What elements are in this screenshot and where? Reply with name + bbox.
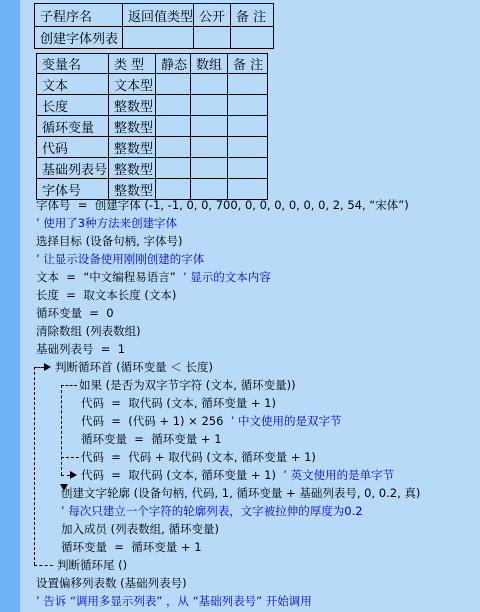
code-text: 字体号 = 创建字体 (-1, -1, 0, 0, 700, 0, 0, 0, … bbox=[36, 198, 409, 212]
column-header: 数组 bbox=[191, 54, 228, 74]
table-cell[interactable]: 整数型 bbox=[109, 137, 156, 158]
table-cell[interactable]: 文本型 bbox=[109, 74, 156, 95]
code-text: 设置偏移列表数 (基础列表号) bbox=[36, 576, 187, 590]
code-line[interactable]: 代码 = 取代码 (文本, 循环变量 + 1) bbox=[0, 394, 480, 412]
table-row: 基础列表号整数型 bbox=[37, 158, 268, 179]
column-header: 子程序名 bbox=[35, 4, 123, 27]
comment-text: ’ 使用了3种方法来创建字体 bbox=[36, 216, 177, 230]
code-line[interactable]: 字体号 = 创建字体 (-1, -1, 0, 0, 700, 0, 0, 0, … bbox=[0, 196, 480, 214]
if-else-branch-line bbox=[61, 457, 79, 458]
comment-text: ’ 让显示设备使用刚刚创建的字体 bbox=[36, 252, 204, 266]
loop-end-branch-line bbox=[34, 565, 53, 566]
table-cell[interactable] bbox=[194, 27, 231, 49]
code-line[interactable]: 循环变量 = 循环变量 + 1 bbox=[0, 538, 480, 556]
table-row: 长度整数型 bbox=[37, 95, 268, 116]
loop-start-arrow-icon bbox=[44, 363, 51, 371]
code-text: 代码 = (代码 + 1) × 256 bbox=[81, 414, 231, 428]
subroutine-table: 子程序名返回值类型公开备 注创建字体列表 bbox=[34, 3, 274, 49]
code-line[interactable]: ’ 告诉 “调用多显示列表” ，从 “基础列表号” 开始调用 bbox=[0, 592, 480, 610]
table-cell[interactable] bbox=[228, 95, 268, 116]
code-text: 加入成员 (列表数组, 循环变量) bbox=[61, 522, 219, 536]
table-cell[interactable]: 整数型 bbox=[109, 116, 156, 137]
comment-text: ’ 英文使用的是单字节 bbox=[283, 468, 394, 482]
table-cell[interactable]: 代码 bbox=[37, 137, 109, 158]
table-cell[interactable] bbox=[231, 27, 274, 49]
table-cell[interactable] bbox=[156, 137, 191, 158]
column-header: 静态 bbox=[156, 54, 191, 74]
code-text: 循环变量 = 循环变量 + 1 bbox=[81, 432, 222, 446]
table-cell[interactable] bbox=[191, 137, 228, 158]
table-cell[interactable] bbox=[156, 158, 191, 179]
code-text: 基础列表号 = 1 bbox=[36, 342, 125, 356]
comment-text: ’ 告诉 “调用多显示列表” ，从 “基础列表号” 开始调用 bbox=[36, 594, 312, 608]
table-header-row: 子程序名返回值类型公开备 注 bbox=[35, 4, 274, 27]
table-cell[interactable] bbox=[156, 116, 191, 137]
easy-language-code-page: 子程序名返回值类型公开备 注创建字体列表 变量名类 型静态数组备 注文本文本型长… bbox=[0, 0, 480, 612]
code-line[interactable]: ’ 使用了3种方法来创建字体 bbox=[0, 214, 480, 232]
comment-text: ’ 每次只建立一个字符的轮廓列表，文字被拉伸的厚度为0.2 bbox=[61, 504, 363, 518]
code-text: 判断循环首 (循环变量 ＜ 长度) bbox=[55, 360, 213, 374]
table-cell[interactable] bbox=[123, 27, 194, 49]
column-header: 类 型 bbox=[109, 54, 156, 74]
code-line[interactable]: 判断循环尾 () bbox=[0, 556, 480, 574]
loop-start-branch-line bbox=[34, 367, 44, 368]
code-line[interactable]: 循环变量 = 循环变量 + 1 bbox=[0, 430, 480, 448]
code-text: 选择目标 (设备句柄, 字体号) bbox=[36, 234, 182, 248]
comment-text: ’ 显示的文本内容 bbox=[183, 270, 271, 284]
if-end-branch-line bbox=[61, 475, 70, 476]
code-text: 代码 = 取代码 (文本, 循环变量 + 1) bbox=[81, 396, 276, 410]
table-cell[interactable]: 整数型 bbox=[109, 95, 156, 116]
table-cell[interactable] bbox=[228, 116, 268, 137]
table-cell[interactable]: 基础列表号 bbox=[37, 158, 109, 179]
table-cell[interactable]: 创建字体列表 bbox=[35, 27, 123, 49]
comment-text: ’ 中文使用的是双字节 bbox=[231, 414, 342, 428]
if-branch-vline bbox=[61, 385, 62, 475]
code-text: 创建文字轮廓 (设备句柄, 代码, 1, 循环变量 + 基础列表号, 0, 0.… bbox=[61, 486, 420, 500]
loop-branch-vline bbox=[34, 367, 35, 565]
if-end-arrow-icon bbox=[70, 471, 77, 479]
if-merge-arrow-icon bbox=[60, 484, 68, 491]
code-text: 清除数组 (列表数组) bbox=[36, 324, 141, 338]
code-line[interactable]: 创建文字轮廓 (设备句柄, 代码, 1, 循环变量 + 基础列表号, 0, 0.… bbox=[0, 484, 480, 502]
column-header: 备 注 bbox=[231, 4, 274, 27]
table-row: 循环变量整数型 bbox=[37, 116, 268, 137]
table-cell[interactable] bbox=[191, 116, 228, 137]
code-line[interactable]: 加入成员 (列表数组, 循环变量) bbox=[0, 520, 480, 538]
code-text: 代码 = 代码 + 取代码 (文本, 循环变量 + 1) bbox=[81, 450, 316, 464]
column-header: 公开 bbox=[194, 4, 231, 27]
code-text: 循环变量 = 循环变量 + 1 bbox=[61, 540, 202, 554]
if-start-branch-line bbox=[61, 385, 77, 386]
code-line[interactable]: 选择目标 (设备句柄, 字体号) bbox=[0, 232, 480, 250]
table-cell[interactable]: 长度 bbox=[37, 95, 109, 116]
table-cell[interactable] bbox=[191, 74, 228, 95]
table-cell[interactable] bbox=[191, 158, 228, 179]
code-line[interactable]: 清除数组 (列表数组) bbox=[0, 322, 480, 340]
code-line[interactable]: 代码 = (代码 + 1) × 256 ’ 中文使用的是双字节 bbox=[0, 412, 480, 430]
code-line[interactable]: 基础列表号 = 1 bbox=[0, 340, 480, 358]
table-cell[interactable]: 整数型 bbox=[109, 158, 156, 179]
code-line[interactable]: 循环变量 = 0 bbox=[0, 304, 480, 322]
table-header-row: 变量名类 型静态数组备 注 bbox=[37, 54, 268, 74]
code-text: 长度 = 取文本长度 (文本) bbox=[36, 288, 176, 302]
table-cell[interactable]: 循环变量 bbox=[37, 116, 109, 137]
code-line[interactable]: ’ 让显示设备使用刚刚创建的字体 bbox=[0, 250, 480, 268]
code-line[interactable]: 文本 = “中文编程易语言” ’ 显示的文本内容 bbox=[0, 268, 480, 286]
variable-table: 变量名类 型静态数组备 注文本文本型长度整数型循环变量整数型代码整数型基础列表号… bbox=[36, 53, 268, 200]
code-editor-lines: 字体号 = 创建字体 (-1, -1, 0, 0, 700, 0, 0, 0, … bbox=[0, 196, 480, 610]
code-text: 文本 = “中文编程易语言” bbox=[36, 270, 183, 284]
table-cell[interactable] bbox=[228, 137, 268, 158]
code-text: 循环变量 = 0 bbox=[36, 306, 114, 320]
code-text: 如果 (是否为双字节字符 (文本, 循环变量)) bbox=[79, 378, 296, 392]
table-cell[interactable]: 文本 bbox=[37, 74, 109, 95]
table-row: 创建字体列表 bbox=[35, 27, 274, 49]
column-header: 返回值类型 bbox=[123, 4, 194, 27]
code-line[interactable]: 长度 = 取文本长度 (文本) bbox=[0, 286, 480, 304]
table-cell[interactable] bbox=[228, 158, 268, 179]
code-text: 判断循环尾 () bbox=[57, 558, 127, 572]
table-cell[interactable] bbox=[228, 74, 268, 95]
code-line[interactable]: 判断循环首 (循环变量 ＜ 长度) bbox=[0, 358, 480, 376]
table-row: 文本文本型 bbox=[37, 74, 268, 95]
column-header: 变量名 bbox=[37, 54, 109, 74]
code-text: 代码 = 取代码 (文本, 循环变量 + 1) bbox=[81, 468, 283, 482]
column-header: 备 注 bbox=[228, 54, 268, 74]
code-line[interactable]: 设置偏移列表数 (基础列表号) bbox=[0, 574, 480, 592]
table-cell[interactable] bbox=[156, 74, 191, 95]
code-line[interactable]: ’ 每次只建立一个字符的轮廓列表，文字被拉伸的厚度为0.2 bbox=[0, 502, 480, 520]
table-cell[interactable] bbox=[191, 95, 228, 116]
table-cell[interactable] bbox=[156, 95, 191, 116]
table-row: 代码整数型 bbox=[37, 137, 268, 158]
